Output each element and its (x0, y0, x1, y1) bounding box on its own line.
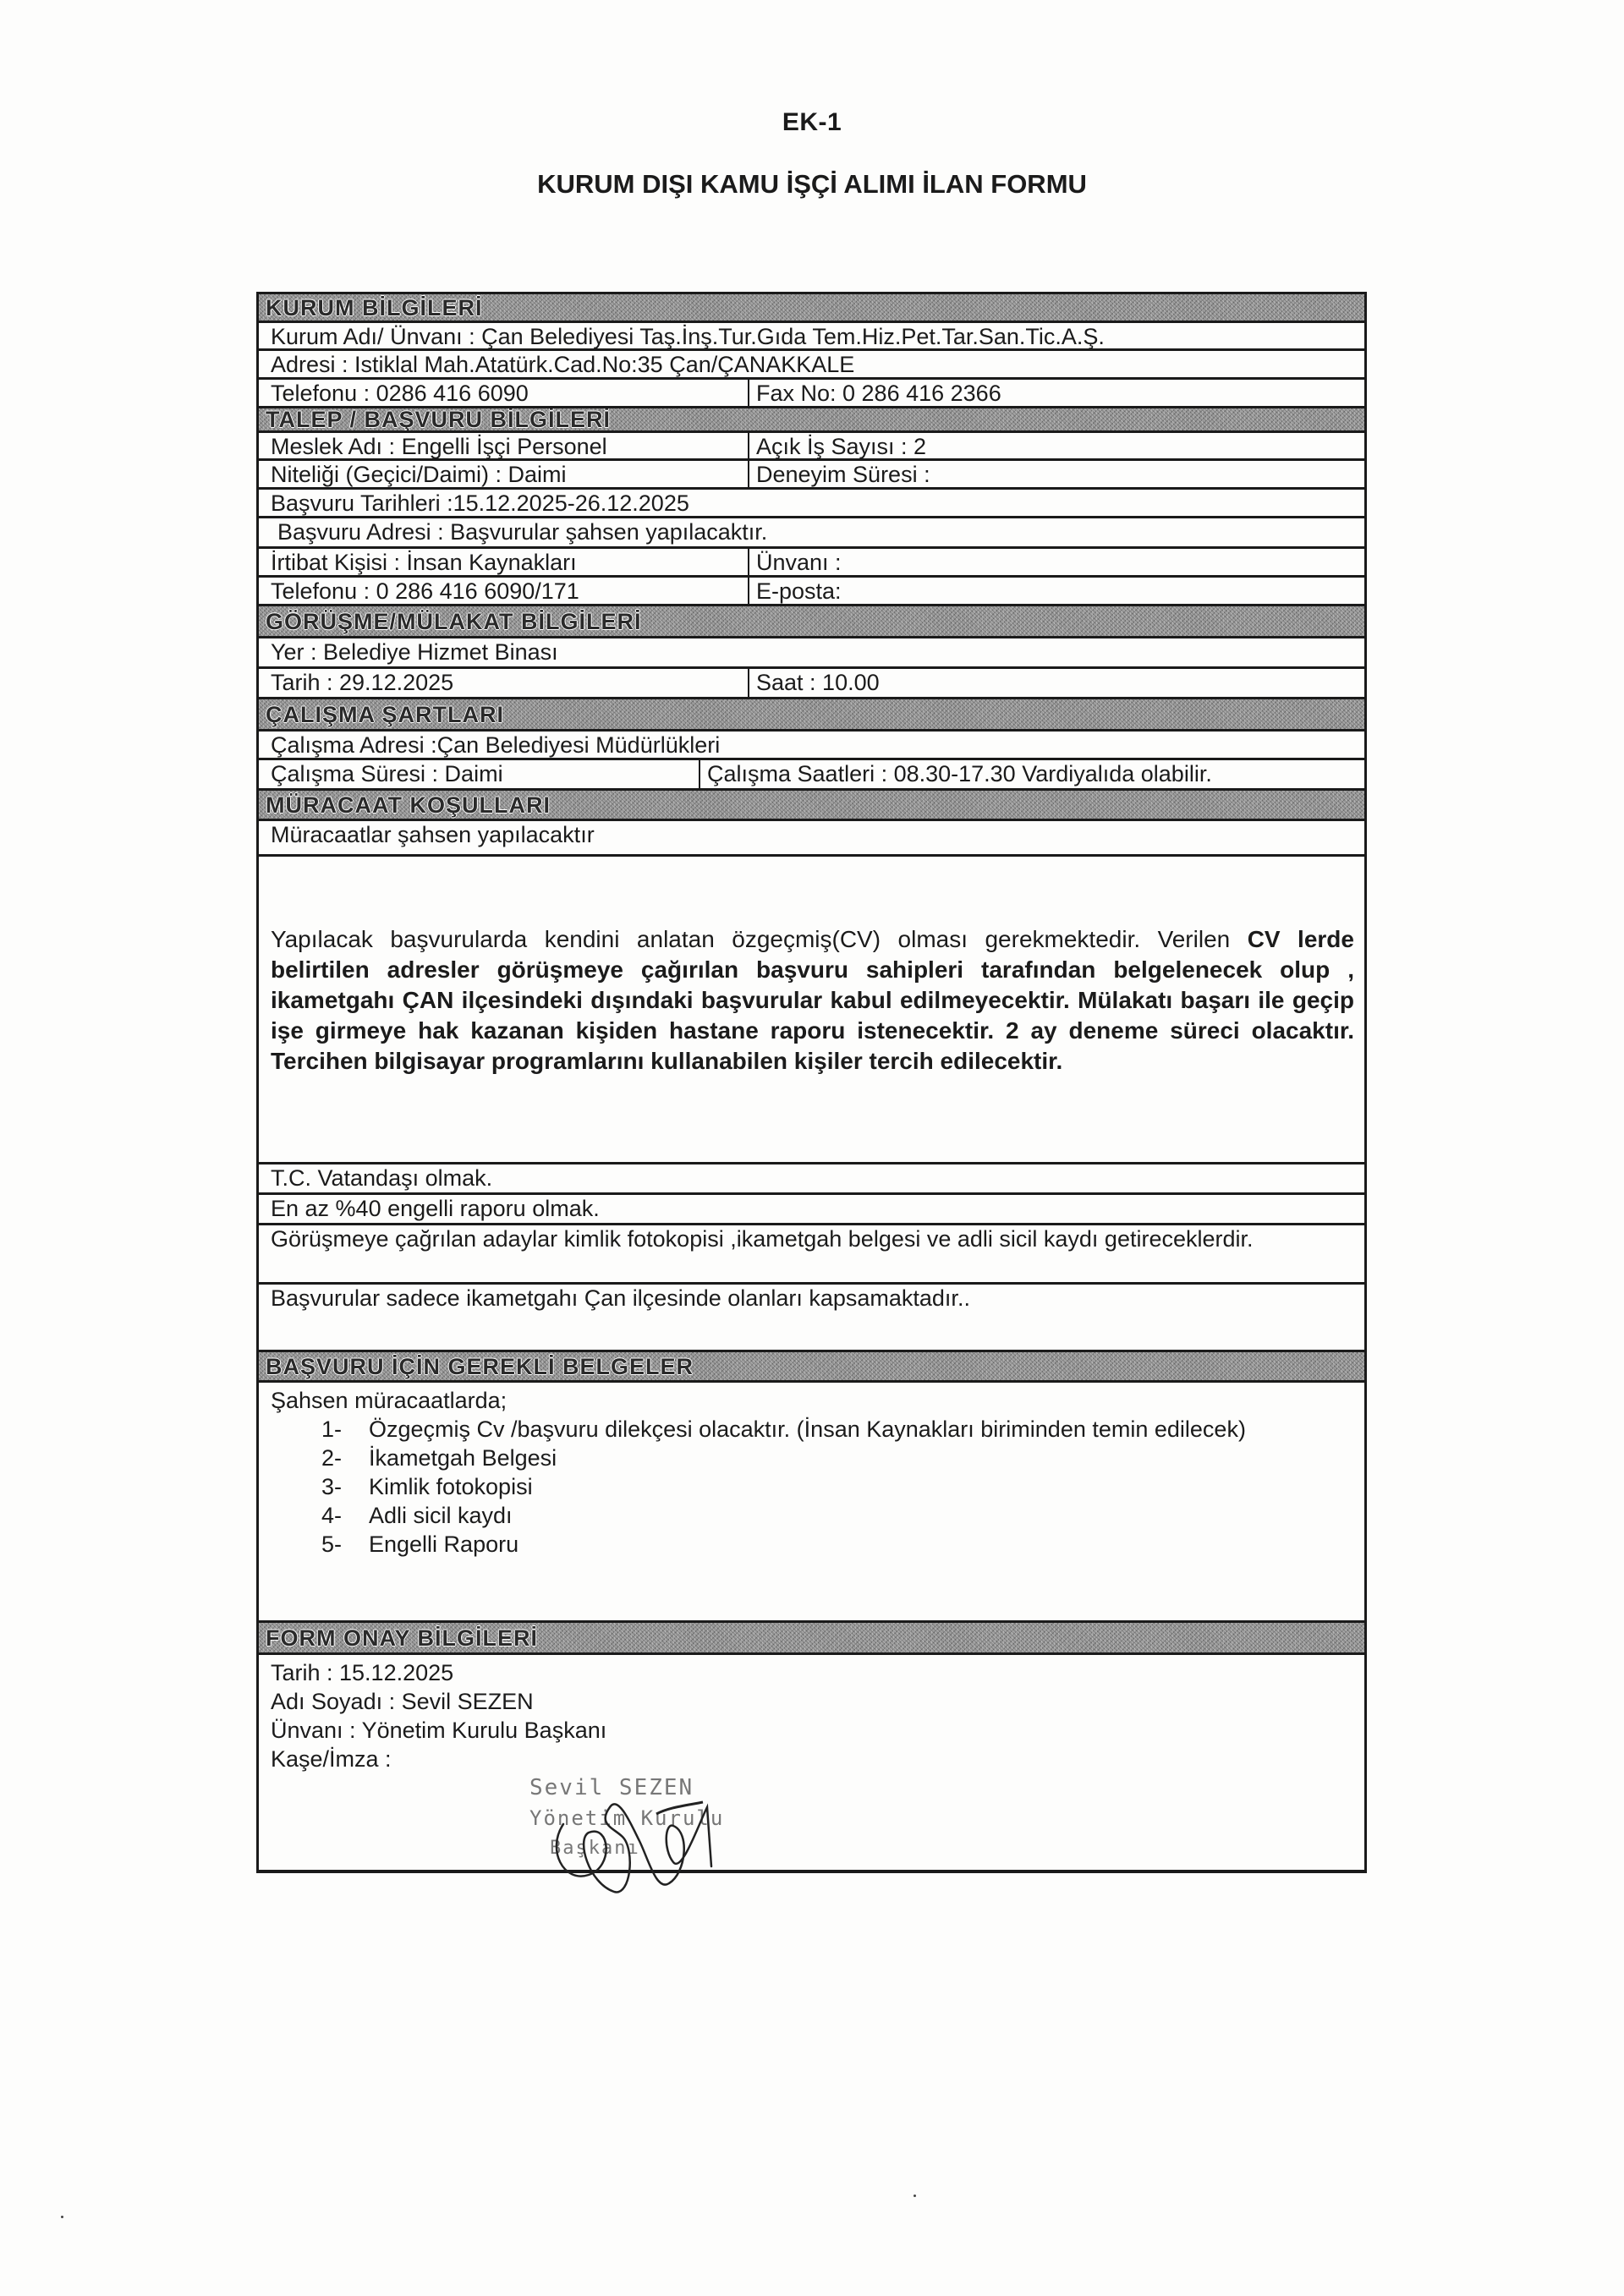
work-hours: Çalışma Saatleri : 08.30-17.30 Vardiyalı… (700, 760, 1364, 788)
section-header-belgeler: BAŞVURU İÇİN GEREKLİ BELGELER (259, 1352, 1364, 1383)
condition-item: Başvurular sadece ikametgahı Çan ilçesin… (259, 1285, 1364, 1352)
contact-phone: Telefonu : 0 286 416 6090/171 (259, 578, 749, 604)
application-address: Başvuru Adresi : Başvurular şahsen yapıl… (259, 518, 1364, 546)
documents-intro: Şahsen müracaatlarda; (271, 1386, 1354, 1415)
signature-scribble-icon (529, 1773, 758, 1900)
signature-label: Kaşe/İmza : (271, 1745, 1352, 1773)
application-dates: Başvuru Tarihleri :15.12.2025-26.12.2025 (259, 490, 1364, 516)
condition-item: Görüşmeye çağrılan adaylar kimlik fotoko… (259, 1225, 1364, 1285)
calisma-row-1: Çalışma Adresi :Çan Belediyesi Müdürlükl… (259, 732, 1364, 760)
talep-row-3: Başvuru Tarihleri :15.12.2025-26.12.2025 (259, 490, 1364, 518)
signature-stamp: Sevil SEZEN Yönetim Kurulu Başkanı (529, 1773, 758, 1892)
work-duration: Çalışma Süresi : Daimi (259, 760, 700, 788)
job-announcement-form: KURUM BİLGİLERİ Kurum Adı/ Ünvanı : Çan … (256, 292, 1367, 1873)
paragraph-normal-text: Yapılacak başvurularda kendini anlatan ö… (271, 926, 1248, 952)
occupation: Meslek Adı : Engelli İşçi Personel (259, 433, 749, 458)
contact-title: Ünvanı : (749, 549, 1364, 575)
kurum-fax: Fax No: 0 286 416 2366 (749, 380, 1364, 406)
muracaat-note-row: Müracaatlar şahsen yapılacaktır (259, 821, 1364, 857)
interview-place: Yer : Belediye Hizmet Binası (259, 638, 1364, 666)
talep-row-1: Meslek Adı : Engelli İşçi Personel Açık … (259, 433, 1364, 461)
interview-time: Saat : 10.00 (749, 669, 1364, 697)
contact-person: İrtibat Kişisi : İnsan Kaynakları (259, 549, 749, 575)
approver-title: Ünvanı : Yönetim Kurulu Başkanı (271, 1716, 1352, 1745)
scan-speck (61, 2216, 63, 2218)
talep-row-4: Başvuru Adresi : Başvurular şahsen yapıl… (259, 518, 1364, 549)
required-documents: Şahsen müracaatlarda; 1-Özgeçmiş Cv /baş… (259, 1383, 1364, 1623)
section-header-onay: FORM ONAY BİLGİLERİ (259, 1623, 1364, 1655)
experience-duration: Deneyim Süresi : (749, 461, 1364, 487)
document-item: 4-Adli sicil kaydı (321, 1501, 1354, 1530)
approver-name: Adı Soyadı : Sevil SEZEN (271, 1687, 1352, 1716)
talep-row-2: Niteliği (Geçici/Daimi) : Daimi Deneyim … (259, 461, 1364, 490)
kurum-phone: Telefonu : 0286 416 6090 (259, 380, 749, 406)
talep-row-5: İrtibat Kişisi : İnsan Kaynakları Ünvanı… (259, 549, 1364, 578)
open-positions: Açık İş Sayısı : 2 (749, 433, 1364, 458)
kurum-address-row: Adresi : Istiklal Mah.Atatürk.Cad.No:35 … (259, 351, 1364, 380)
document-item: 5-Engelli Raporu (321, 1530, 1354, 1559)
section-header-muracaat: MÜRACAAT KOŞULLARI (259, 791, 1364, 821)
section-header-talep: TALEP / BAŞVURU BİLGİLERİ (259, 408, 1364, 433)
scan-speck (913, 2195, 916, 2197)
gorusme-row-1: Yer : Belediye Hizmet Binası (259, 638, 1364, 669)
kurum-name-row: Kurum Adı/ Ünvanı : Çan Belediyesi Taş.İ… (259, 323, 1364, 351)
approval-date: Tarih : 15.12.2025 (271, 1658, 1352, 1687)
section-header-gorusme: GÖRÜŞME/MÜLAKAT BİLGİLERİ (259, 606, 1364, 638)
position-nature: Niteliği (Geçici/Daimi) : Daimi (259, 461, 749, 487)
condition-item: En az %40 engelli raporu olmak. (259, 1195, 1364, 1225)
approval-block: Tarih : 15.12.2025 Adı Soyadı : Sevil SE… (259, 1655, 1364, 1870)
application-note: Müracaatlar şahsen yapılacaktır (259, 821, 1364, 854)
contact-email: E-posta: (749, 578, 1364, 604)
condition-item: T.C. Vatandaşı olmak. (259, 1164, 1364, 1195)
page-title: KURUM DIŞI KAMU İŞÇİ ALIMI İLAN FORMU (0, 169, 1624, 200)
kurum-address: Adresi : Istiklal Mah.Atatürk.Cad.No:35 … (259, 351, 1364, 377)
section-header-calisma: ÇALIŞMA ŞARTLARI (259, 699, 1364, 732)
document-item: 1-Özgeçmiş Cv /başvuru dilekçesi olacakt… (321, 1415, 1354, 1444)
kurum-contact-row: Telefonu : 0286 416 6090 Fax No: 0 286 4… (259, 380, 1364, 408)
document-item: 2-İkametgah Belgesi (321, 1444, 1354, 1472)
work-address: Çalışma Adresi :Çan Belediyesi Müdürlükl… (259, 732, 1364, 758)
gorusme-row-2: Tarih : 29.12.2025 Saat : 10.00 (259, 669, 1364, 699)
application-conditions-paragraph: Yapılacak başvurularda kendini anlatan ö… (259, 857, 1364, 1164)
talep-row-6: Telefonu : 0 286 416 6090/171 E-posta: (259, 578, 1364, 606)
documents-list: 1-Özgeçmiş Cv /başvuru dilekçesi olacakt… (271, 1415, 1354, 1559)
calisma-row-2: Çalışma Süresi : Daimi Çalışma Saatleri … (259, 760, 1364, 791)
document-item: 3-Kimlik fotokopisi (321, 1472, 1354, 1501)
kurum-name: Kurum Adı/ Ünvanı : Çan Belediyesi Taş.İ… (259, 323, 1364, 348)
section-header-kurum: KURUM BİLGİLERİ (259, 294, 1364, 323)
annex-label: EK-1 (0, 108, 1624, 137)
interview-date: Tarih : 29.12.2025 (259, 669, 749, 697)
